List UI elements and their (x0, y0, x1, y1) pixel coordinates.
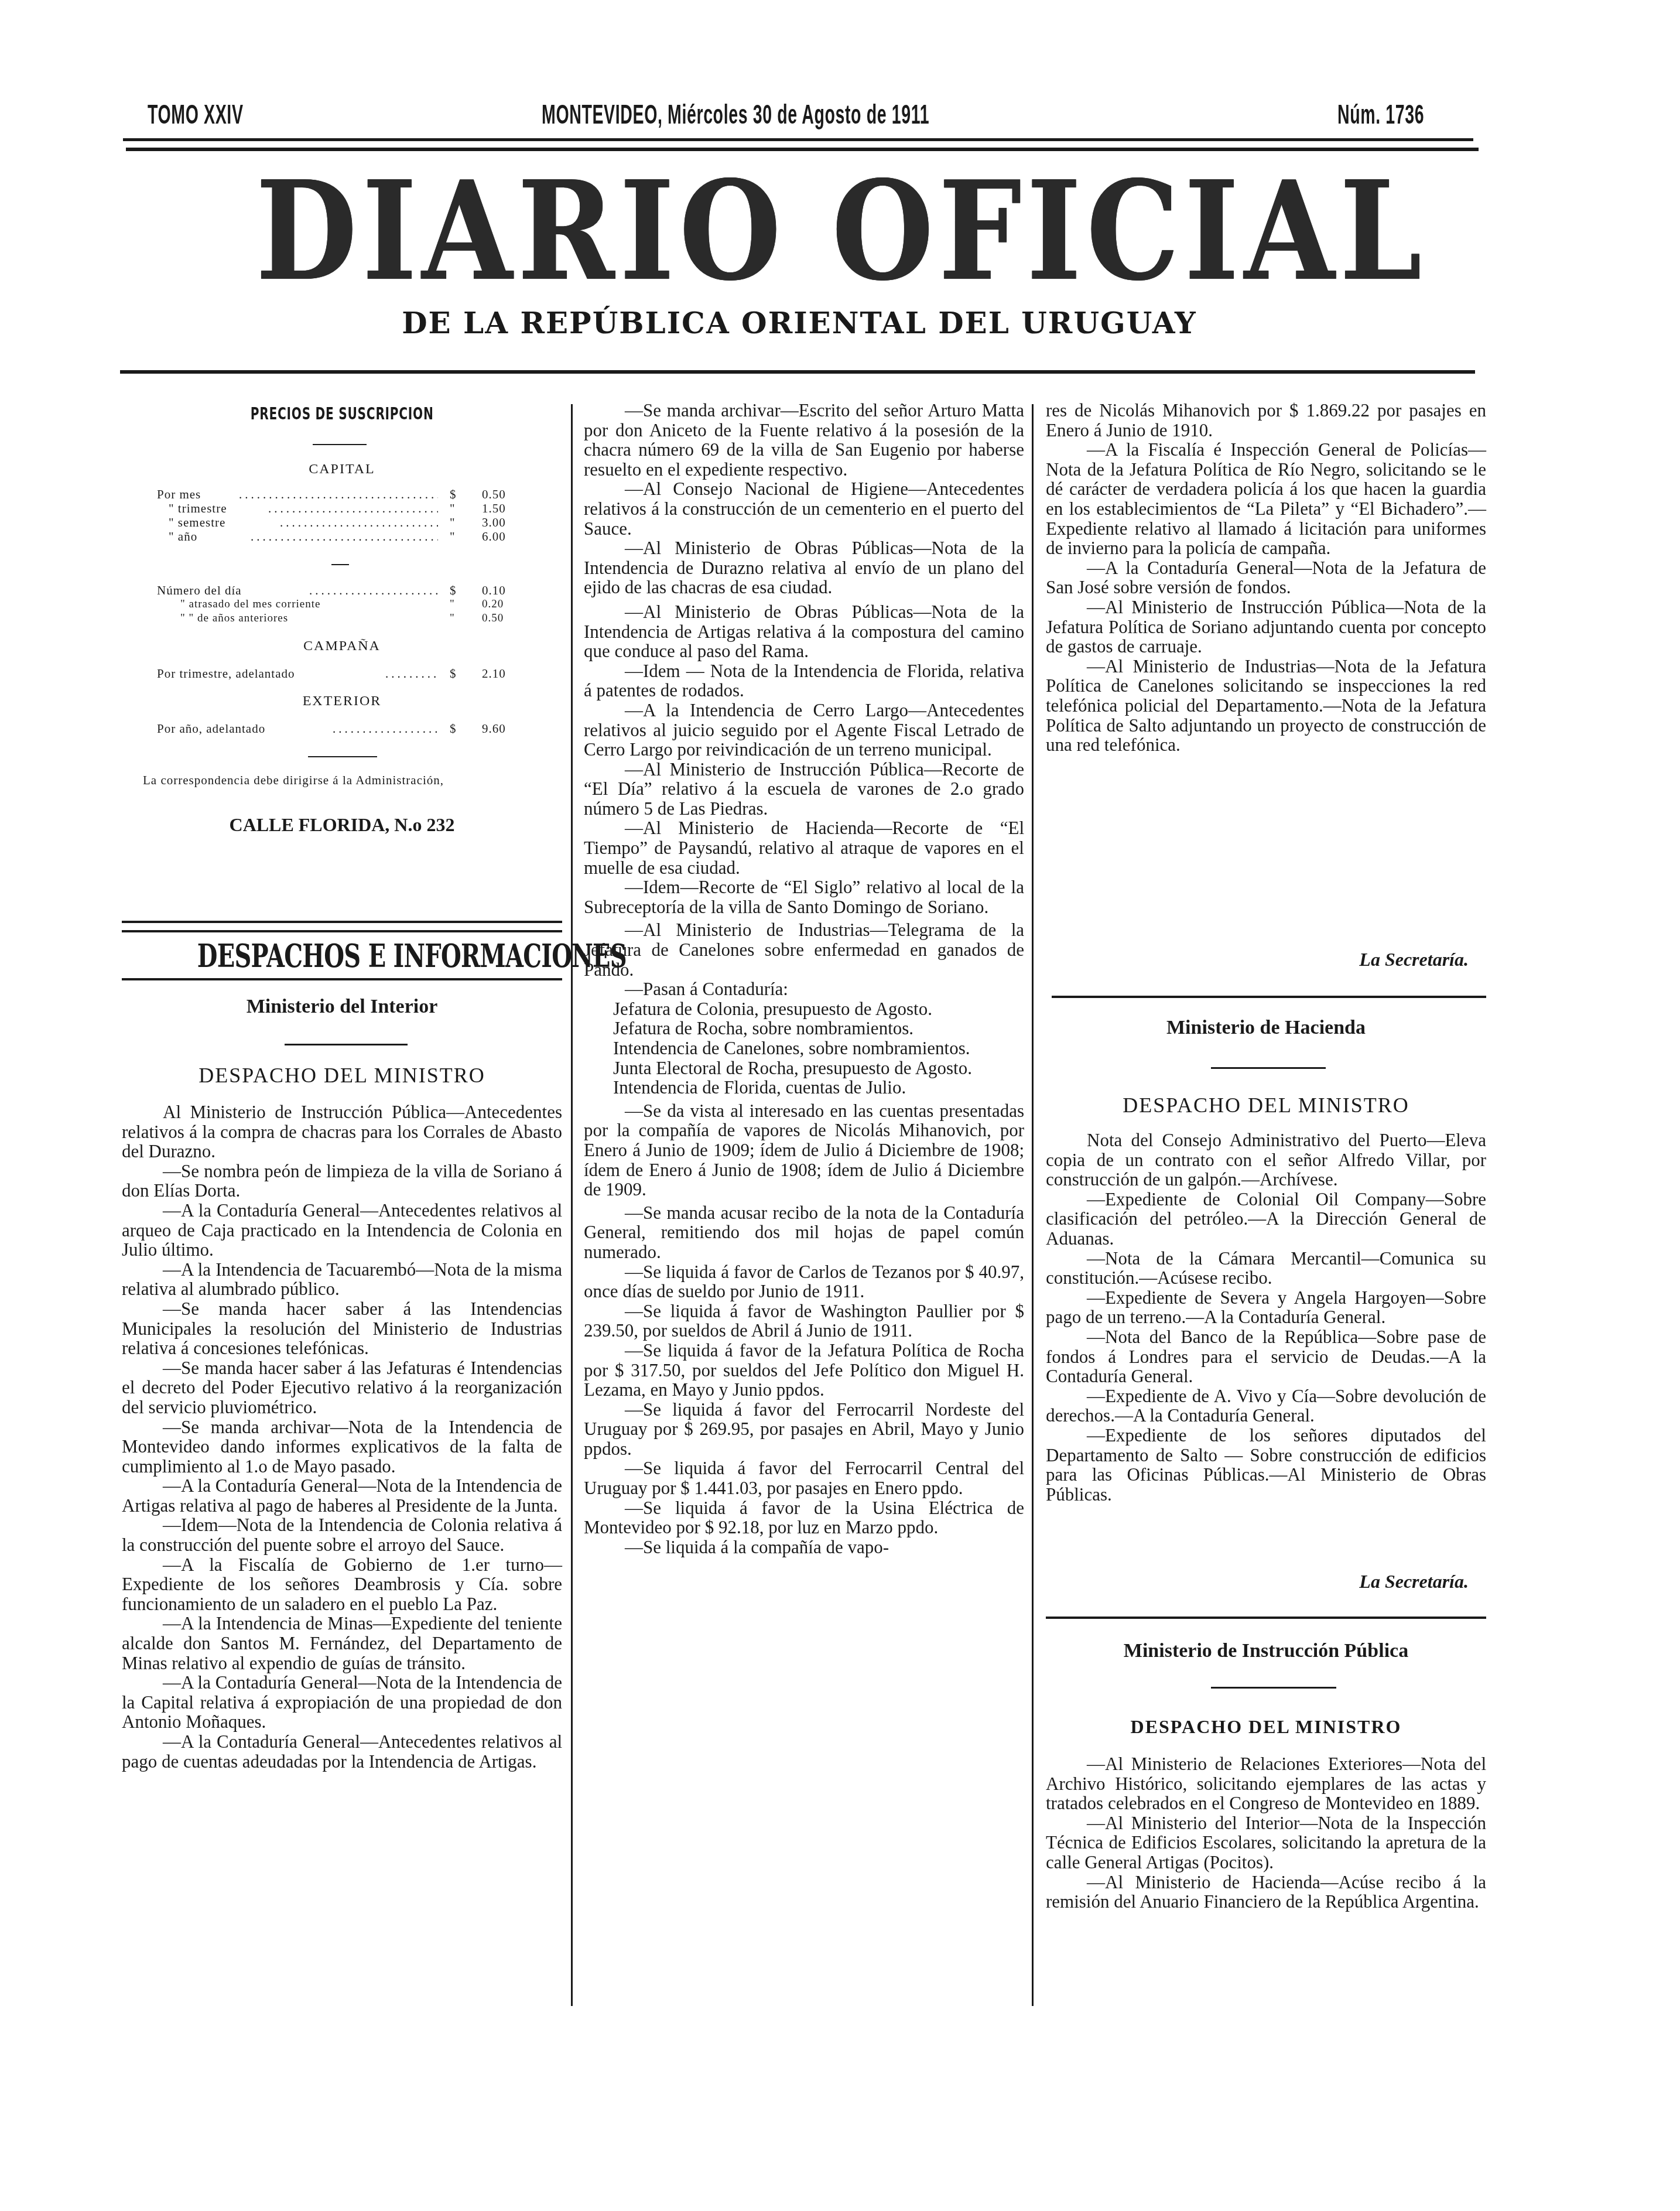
divider (308, 756, 377, 757)
price-currency: $ (450, 722, 457, 736)
subscription-heading: PRECIOS DE SUSCRIPCION (122, 404, 562, 423)
section-heading: DESPACHOS E INFORMACIONES (122, 937, 562, 975)
dispatch-item: —A la Intendencia de Tacuarembó—Nota de … (122, 1260, 562, 1299)
price-amount: 0.10 (482, 583, 506, 597)
leader-dots: ........................................… (251, 529, 438, 544)
price-amount: 0.50 (482, 487, 506, 501)
interior-dispatch-continued: —Se manda archivar—Escrito del señor Art… (584, 401, 1024, 1557)
signature: La Secretaría. (1359, 1571, 1469, 1593)
dispatch-heading: DESPACHO DEL MINISTRO (122, 1063, 562, 1088)
price-label: " atrasado del mes corriente (180, 597, 320, 611)
dispatch-item: —Al Ministerio de Instrucción Pública—No… (1046, 597, 1486, 657)
exterior-label: EXTERIOR (122, 693, 562, 709)
newspaper-title: DIARIO OFICIAL (160, 176, 1437, 287)
price-currency: " (450, 611, 455, 626)
dispatch-item: —Se nombra peón de limpieza de la villa … (122, 1161, 562, 1201)
price-label: " " de años anteriores (180, 611, 288, 626)
volume-number: TOMO XXIV (148, 98, 244, 130)
dispatch-item: —Se manda archivar—Escrito del señor Art… (584, 401, 1024, 479)
interior-dispatch-body: Al Ministerio de Instrucción Pública—Ant… (122, 1102, 562, 1771)
leader-dots: ................................... (280, 515, 438, 529)
column-divider-2 (1032, 404, 1034, 2006)
price-label: Número del día (157, 583, 242, 597)
leader-dots: ................................... (268, 501, 438, 515)
dispatch-item: —A la Intendencia de Cerro Largo—Anteced… (584, 700, 1024, 760)
divider (285, 1044, 408, 1045)
dispatch-item: —Se liquida á favor del Ferrocarril Cent… (584, 1458, 1024, 1498)
divider (1211, 1687, 1336, 1689)
price-amount: 0.20 (482, 597, 504, 611)
price-currency: " (450, 529, 456, 544)
price-row: " atrasado del mes corriente " 0.20 (157, 597, 520, 611)
leader-dots: .......... (385, 667, 438, 681)
dispatch-heading: DESPACHO DEL MINISTRO (1046, 1716, 1486, 1738)
price-row: Por año, adelantado ................... … (157, 722, 520, 736)
dispatch-item: —Idem — Nota de la Intendencia de Florid… (584, 661, 1024, 700)
price-currency: $ (450, 487, 457, 501)
dispatch-item: —Se da vista al interesado en las cuenta… (584, 1101, 1024, 1200)
dispatch-item: —Se liquida á favor del Ferrocarril Nord… (584, 1400, 1024, 1459)
issue-number: Núm. 1736 (1337, 98, 1424, 130)
price-row: Por mes ................................… (157, 487, 520, 501)
divider (1211, 1067, 1326, 1069)
price-amount: 6.00 (482, 529, 506, 544)
dispatch-item: —Al Ministerio de Industrias—Telegrama d… (584, 920, 1024, 979)
dispatch-item: —A la Fiscalía de Gobierno de 1.er turno… (122, 1555, 562, 1614)
dispatch-item: —Se liquida á la compañía de vapo- (584, 1537, 1024, 1557)
section-heading-text: DESPACHOS E INFORMACIONES (197, 937, 627, 975)
dispatch-item: Nota del Consejo Administrativo del Puer… (1046, 1130, 1486, 1190)
correspondence-note: La correspondencia debe dirigirse á la A… (122, 773, 562, 787)
dispatch-heading: DESPACHO DEL MINISTRO (1046, 1093, 1486, 1118)
dispatch-item: —Nota del Banco de la República—Sobre pa… (1046, 1327, 1486, 1386)
ministry-heading-instruccion: Ministerio de Instrucción Pública (1046, 1640, 1486, 1662)
interior-dispatch-continued-2: res de Nicolás Mihanovich por $ 1.869.22… (1046, 401, 1486, 755)
price-row: Por trimestre, adelantado .......... $ 2… (157, 667, 520, 681)
section-rule (122, 930, 562, 932)
price-currency: $ (450, 667, 457, 681)
price-currency: " (450, 501, 456, 515)
administration-address: CALLE FLORIDA, N.o 232 (122, 814, 562, 836)
contaduria-item: Intendencia de Canelones, sobre nombrami… (584, 1038, 1024, 1058)
dispatch-item: —Pasan á Contaduría: (584, 979, 1024, 999)
dispatch-item: —Se manda archivar—Nota de la Intendenci… (122, 1417, 562, 1477)
subscription-heading-text: PRECIOS DE SUSCRIPCION (251, 404, 434, 423)
section-rule (1052, 996, 1486, 998)
dispatch-item: —A la Contaduría General—Antecedentes re… (122, 1201, 562, 1260)
contaduria-item: Intendencia de Florida, cuentas de Julio… (584, 1078, 1024, 1098)
dispatch-item: —A la Contaduría General—Nota de la Inte… (122, 1476, 562, 1515)
price-currency: " (450, 597, 455, 611)
price-amount: 3.00 (482, 515, 506, 529)
price-row: Número del día .........................… (157, 583, 520, 597)
price-label: Por trimestre, adelantado (157, 667, 295, 681)
contaduria-item: Jefatura de Rocha, sobre nombramientos. (584, 1019, 1024, 1038)
dispatch-item: —A la Contaduría General—Antecedentes re… (122, 1732, 562, 1771)
price-label: Por mes (157, 487, 201, 501)
leader-dots: ................... (333, 722, 438, 736)
dispatch-item: —Se manda hacer saber á las Jefaturas é … (122, 1358, 562, 1417)
dispatch-item: —Se liquida á favor de Carlos de Tezanos… (584, 1262, 1024, 1301)
dispatch-item: —Se liquida á favor de Washington Paulli… (584, 1301, 1024, 1341)
dispatch-item: —Al Ministerio de Relaciones Exteriores—… (1046, 1754, 1486, 1813)
contaduria-item: Junta Electoral de Rocha, presupuesto de… (584, 1058, 1024, 1078)
price-amount: 1.50 (482, 501, 506, 515)
dispatch-item: —A la Contaduría General—Nota de la Inte… (122, 1673, 562, 1732)
dispatch-item: —Se manda hacer saber á las Intendencias… (122, 1299, 562, 1358)
dispatch-item: —Idem—Nota de la Intendencia de Colonia … (122, 1515, 562, 1554)
price-label: " trimestre (169, 501, 227, 515)
dispatch-item: —Se liquida á favor de la Jefatura Polít… (584, 1341, 1024, 1400)
instruccion-dispatch-body: —Al Ministerio de Relaciones Exteriores—… (1046, 1754, 1486, 1912)
dispatch-item: res de Nicolás Mihanovich por $ 1.869.22… (1046, 401, 1486, 440)
section-rule (122, 921, 562, 923)
dateline: MONTEVIDEO, Miércoles 30 de Agosto de 19… (542, 98, 929, 130)
dispatch-item: —A la Intendencia de Minas—Expediente de… (122, 1614, 562, 1673)
section-rule (122, 978, 562, 980)
dispatch-item: —Al Ministerio de Hacienda—Recorte de “E… (584, 818, 1024, 877)
price-row: " semestre .............................… (157, 515, 520, 529)
hacienda-dispatch-body: Nota del Consejo Administrativo del Puer… (1046, 1130, 1486, 1504)
dispatch-item: Al Ministerio de Instrucción Pública—Ant… (122, 1102, 562, 1161)
ministry-heading-hacienda: Ministerio de Hacienda (1046, 1017, 1486, 1039)
price-amount: 9.60 (482, 722, 506, 736)
dispatch-item: —Al Ministerio del Interior—Nota de la I… (1046, 1813, 1486, 1872)
dispatch-item: —Nota de la Cámara Mercantil—Comunica su… (1046, 1249, 1486, 1288)
dispatch-item: —Se manda acusar recibo de la nota de la… (584, 1203, 1024, 1262)
dispatch-item: —A la Contaduría General—Nota de la Jefa… (1046, 558, 1486, 597)
dispatch-item: —Al Ministerio de Obras Públicas—Nota de… (584, 602, 1024, 661)
price-row: " " de años anteriores " 0.50 (157, 611, 520, 626)
campana-label: CAMPAÑA (122, 638, 562, 654)
capital-label: CAPITAL (122, 462, 562, 477)
dispatch-item: —Expediente de los señores diputados del… (1046, 1426, 1486, 1504)
divider (313, 444, 367, 445)
dispatch-item: —Expediente de A. Vivo y Cía—Sobre devol… (1046, 1386, 1486, 1426)
price-currency: " (450, 515, 456, 529)
masthead-rule-lower (120, 370, 1475, 374)
price-row: " trimestre ............................… (157, 501, 520, 515)
price-amount: 2.10 (482, 667, 506, 681)
price-label: " semestre (169, 515, 225, 529)
contaduria-item: Jefatura de Colonia, presupuesto de Agos… (584, 999, 1024, 1019)
dispatch-item: —Al Ministerio de Instrucción Pública—Re… (584, 760, 1024, 819)
dispatch-item: —Al Ministerio de Hacienda—Acúse recibo … (1046, 1872, 1486, 1912)
price-currency: $ (450, 583, 457, 597)
signature: La Secretaría. (1359, 949, 1469, 970)
dispatch-item: —Idem—Recorte de “El Siglo” relativo al … (584, 877, 1024, 917)
newspaper-subtitle: DE LA REPÚBLICA ORIENTAL DEL URUGUAY (120, 306, 1479, 340)
leader-dots: ............................. (309, 583, 438, 597)
price-row: " año ..................................… (157, 529, 520, 544)
column-divider-1 (571, 404, 573, 2006)
price-label: Por año, adelantado (157, 722, 265, 736)
section-rule (1046, 1617, 1486, 1619)
ministry-heading-interior: Ministerio del Interior (122, 996, 562, 1018)
dispatch-item: —Al Ministerio de Obras Públicas—Nota de… (584, 538, 1024, 597)
dispatch-item: —Al Ministerio de Industrias—Nota de la … (1046, 657, 1486, 755)
dispatch-item: —A la Fiscalía é Inspección General de P… (1046, 440, 1486, 558)
leader-dots: ........................................… (239, 487, 438, 501)
dispatch-item: —Al Consejo Nacional de Higiene—Antecede… (584, 479, 1024, 538)
masthead-rule-top (123, 138, 1473, 141)
newspaper-title-text: DIARIO OFICIAL (256, 176, 1427, 287)
price-label: " año (169, 529, 197, 544)
divider (331, 564, 349, 565)
dispatch-item: —Se liquida á favor de la Usina Eléctric… (584, 1498, 1024, 1537)
price-amount: 0.50 (482, 611, 504, 626)
dispatch-item: —Expediente de Severa y Angela Hargoyen—… (1046, 1288, 1486, 1327)
dispatch-item: —Expediente de Colonial Oil Company—Sobr… (1046, 1190, 1486, 1249)
